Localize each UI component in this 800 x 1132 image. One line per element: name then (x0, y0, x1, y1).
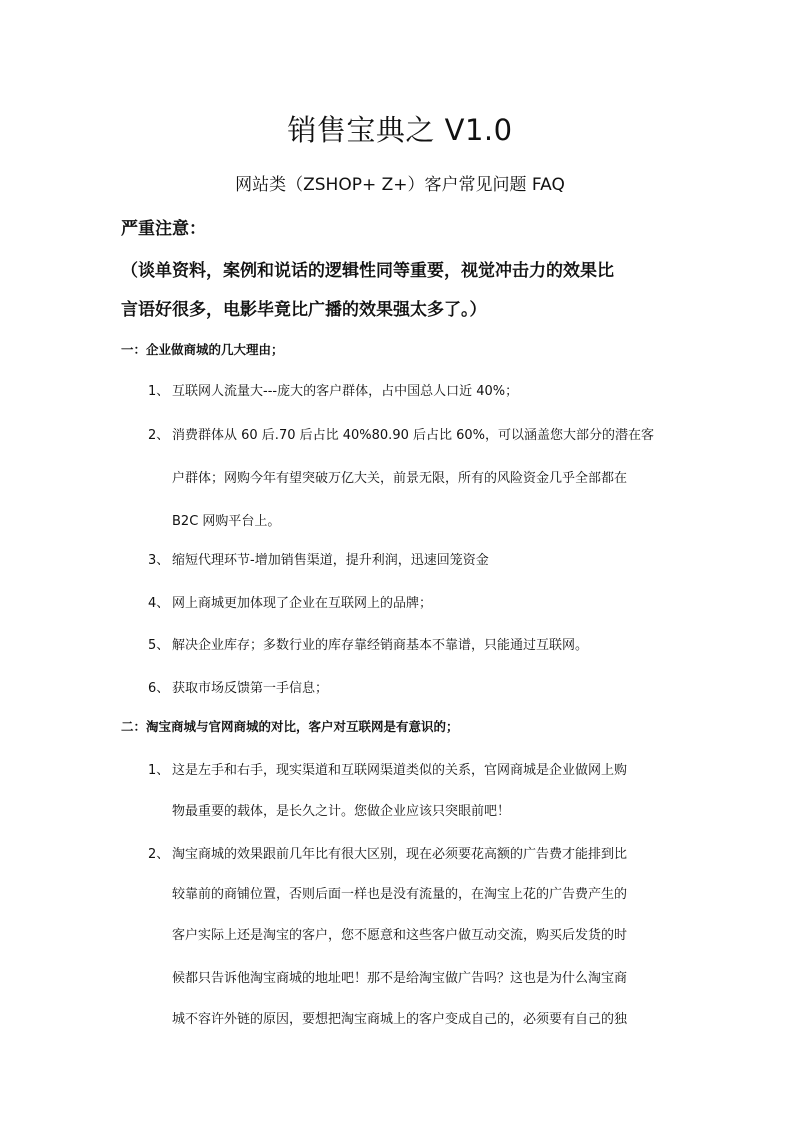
list-item-text: 淘宝商城的效果跟前几年比有很大区别，现在必须要花高额的广告费才能排到比 (172, 843, 627, 862)
section-heading: 一：企业做商城的几大理由； (121, 340, 284, 358)
document-subtitle: 网站类（ZSHOP+ Z+）客户常见问题 FAQ (0, 170, 800, 195)
list-item-text: 互联网人流量大---庞大的客户群体，占中国总人口近 40%； (172, 380, 518, 399)
list-item-text: 物最重要的载体，是长久之计。您做企业应该只突眼前吧！ (172, 800, 510, 819)
list-item-text: 较靠前的商铺位置，否则后面一样也是没有流量的，在淘宝上花的广告费产生的 (172, 883, 627, 902)
list-item-text: 候都只告诉他淘宝商城的地址吧！那不是给淘宝做广告吗？这也是为什么淘宝商 (172, 967, 627, 986)
warning-line: 言语好很多，电影毕竟比广播的效果强太多了。） (121, 295, 487, 320)
list-item-text: 这是左手和右手，现实渠道和互联网渠道类似的关系，官网商城是企业做网上购 (172, 759, 627, 778)
list-item-text: 客户实际上还是淘宝的客户，您不愿意和这些客户做互动交流，购买后发货的时 (172, 924, 627, 943)
list-item-number: 1、 (148, 759, 169, 778)
list-item-number: 3、 (148, 549, 169, 568)
list-item-text: 户群体；网购今年有望突破万亿大关，前景无限，所有的风险资金几乎全部都在 (172, 467, 627, 486)
list-item-number: 2、 (148, 424, 169, 443)
warning-line: （谈单资料，案例和说话的逻辑性同等重要，视觉冲击力的效果比 (121, 256, 614, 281)
list-item-number: 4、 (148, 592, 169, 611)
document-page: 销售宝典之 V1.0 网站类（ZSHOP+ Z+）客户常见问题 FAQ 严重注意… (0, 0, 800, 1132)
list-item-number: 1、 (148, 380, 169, 399)
warning-heading: 严重注意： (121, 214, 206, 239)
list-item-text: 获取市场反馈第一手信息； (172, 677, 328, 696)
list-item-number: 5、 (148, 634, 169, 653)
list-item-number: 2、 (148, 843, 169, 862)
list-item-text: 缩短代理环节-增加销售渠道，提升利润，迅速回笼资金 (172, 549, 489, 568)
list-item-text: 网上商城更加体现了企业在互联网上的品牌； (172, 592, 432, 611)
list-item-text: B2C 网购平台上。 (172, 510, 280, 529)
list-item-text: 城不容许外链的原因，要想把淘宝商城上的客户变成自己的，必须要有自己的独 (172, 1008, 627, 1027)
list-item-text: 解决企业库存；多数行业的库存靠经销商基本不靠谱，只能通过互联网。 (172, 634, 588, 653)
list-item-text: 消费群体从 60 后.70 后占比 40%80.90 后占比 60%，可以涵盖您… (172, 424, 654, 443)
document-title: 销售宝典之 V1.0 (0, 108, 800, 149)
list-item-number: 6、 (148, 677, 169, 696)
section-heading: 二：淘宝商城与官网商城的对比，客户对互联网是有意识的； (121, 717, 459, 735)
